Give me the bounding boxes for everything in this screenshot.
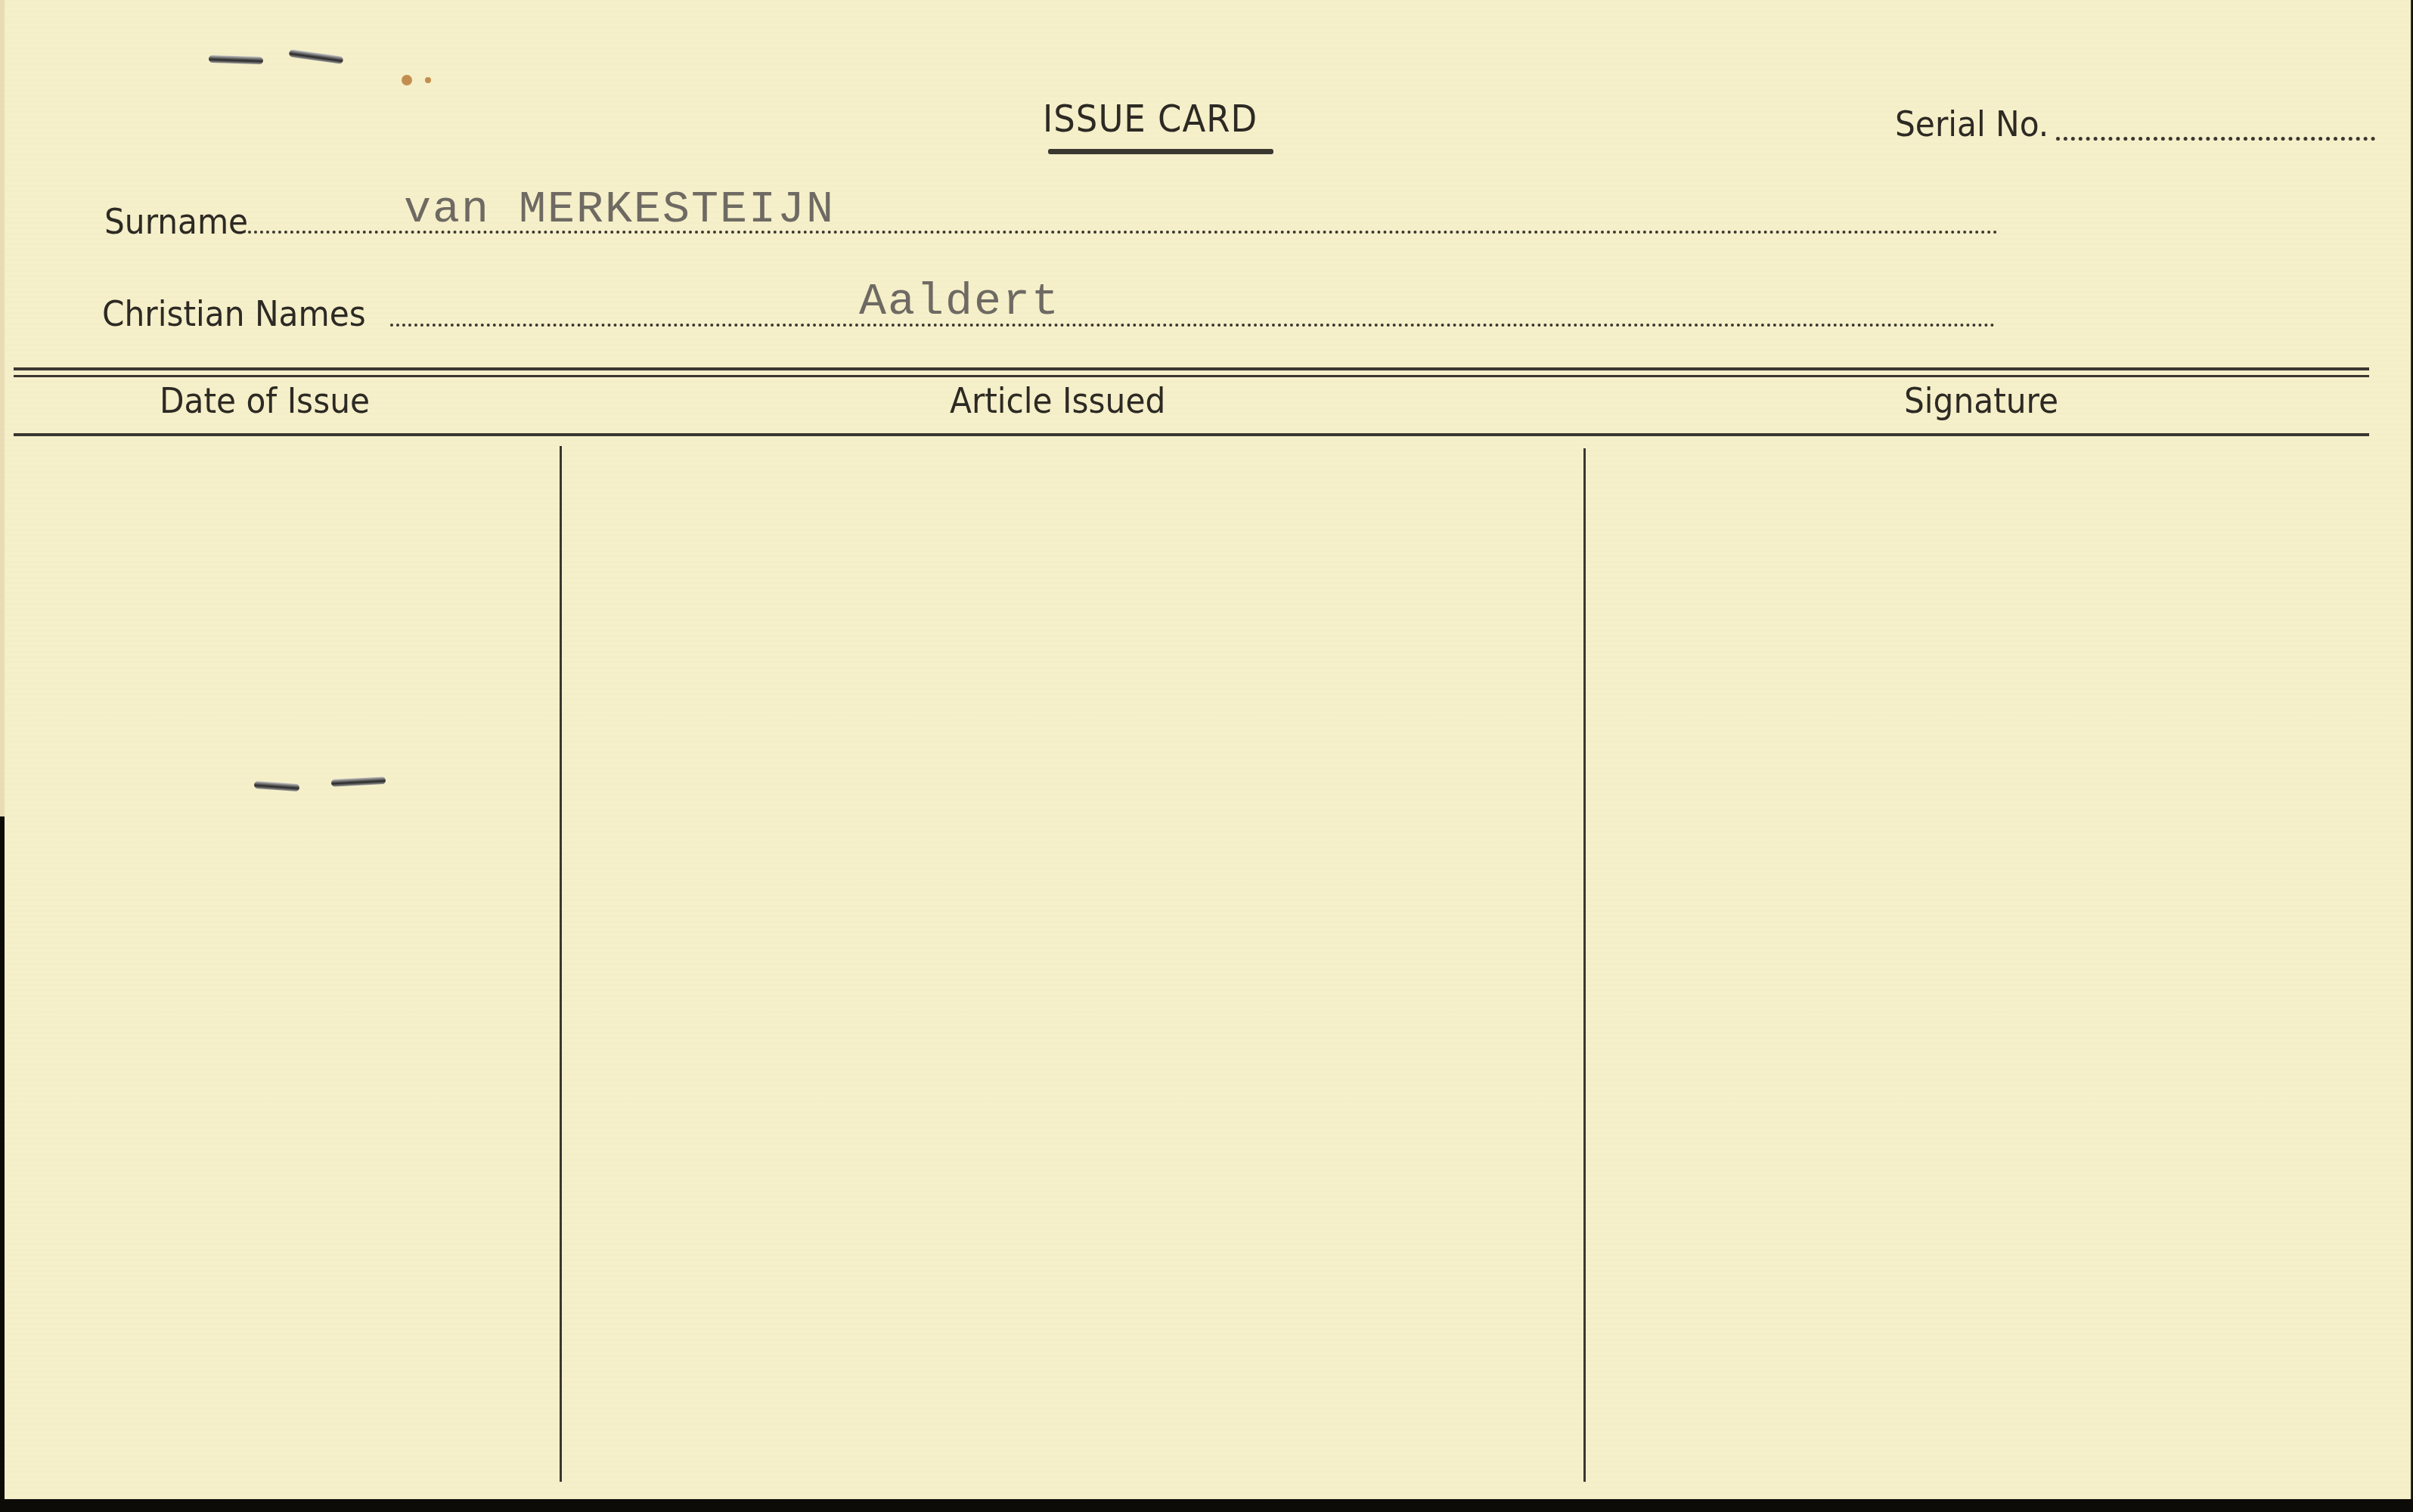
- column-divider: [1583, 448, 1586, 1482]
- christian-names-field[interactable]: [390, 324, 1996, 327]
- column-header-signature: Signature: [1904, 380, 2058, 422]
- christian-names-value: Aaldert: [859, 277, 1060, 328]
- title-underline: [1048, 149, 1273, 154]
- serial-label: Serial No.: [1895, 104, 2049, 145]
- date-of-issue-column[interactable]: [14, 438, 558, 1482]
- header-rule-top: [14, 367, 2369, 370]
- header-rule-top-inner: [14, 375, 2369, 377]
- article-issued-column[interactable]: [563, 438, 1582, 1482]
- rust-spot-icon: [425, 77, 431, 83]
- rust-spot-icon: [402, 75, 412, 85]
- serial-field[interactable]: [2056, 137, 2375, 141]
- column-header-date-of-issue: Date of Issue: [160, 380, 370, 422]
- issue-card: ISSUE CARD Serial No. Surname van MERKES…: [5, 0, 2412, 1499]
- card-title: ISSUE CARD: [1043, 97, 1258, 141]
- signature-column[interactable]: [1586, 438, 2369, 1482]
- staple-mark-icon: [209, 55, 263, 65]
- staple-mark-icon: [289, 49, 344, 64]
- column-header-article-issued: Article Issued: [950, 380, 1165, 422]
- surname-value: van MERKESTEIJN: [404, 184, 835, 236]
- christian-names-label: Christian Names: [102, 293, 366, 335]
- surname-label: Surname: [104, 201, 248, 243]
- column-divider: [560, 446, 562, 1482]
- header-rule-bottom: [14, 433, 2369, 436]
